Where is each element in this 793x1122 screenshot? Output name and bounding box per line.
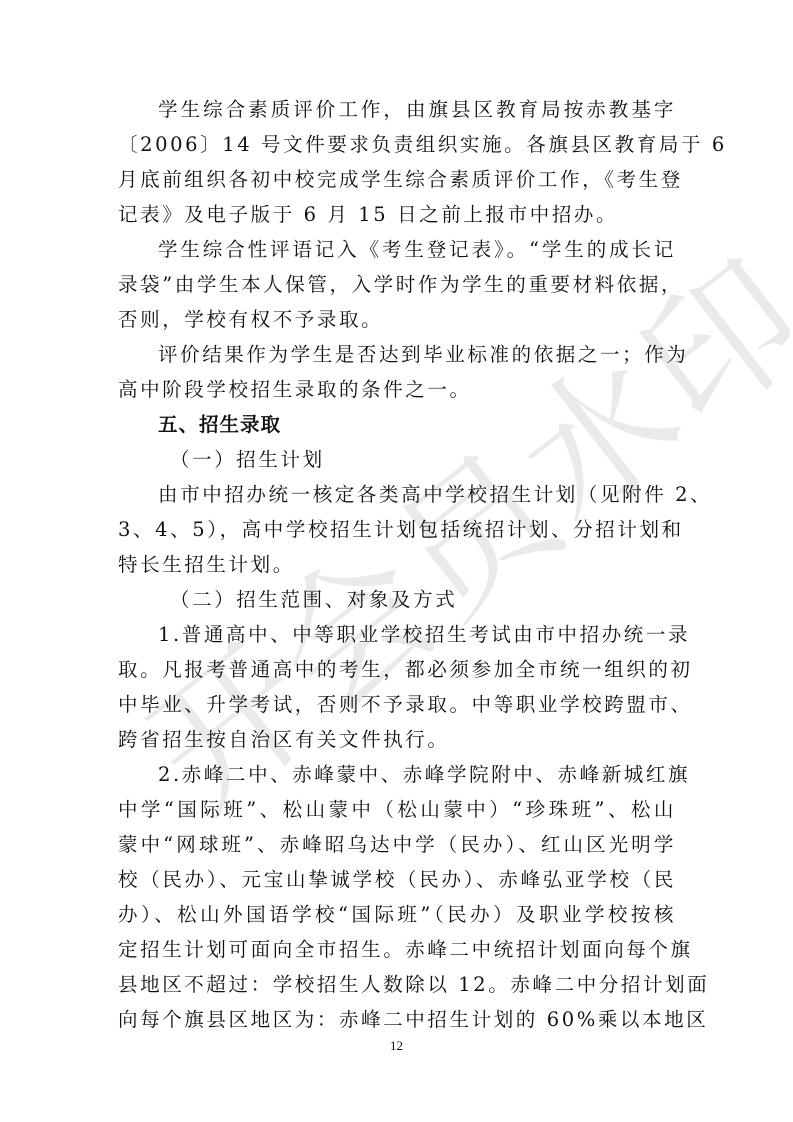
paragraph-line: 定招生计划可面向全市招生。赤峰二中统招计划面向每个旗 [118,932,676,967]
subsection-heading: （二）招生范围、对象及方式 [118,582,676,617]
page-body: 学生综合素质评价工作，由旗县区教育局按赤教基字 〔2006〕14 号文件要求负责… [118,92,676,1037]
paragraph-line: 2.赤峰二中、赤峰蒙中、赤峰学院附中、赤峰新城红旗 [118,757,676,792]
paragraph-line: 中毕业、升学考试，否则不予录取。中等职业学校跨盟市、 [118,687,676,722]
paragraph-line: 中学“国际班”、松山蒙中（松山蒙中）“珍珠班”、松山 [118,792,676,827]
paragraph-line: 学生综合性评语记入《考生登记表》。“学生的成长记 [118,232,676,267]
page-number: 12 [0,1038,793,1054]
paragraph-line: 县地区不超过：学校招生人数除以 12。赤峰二中分招计划面 [118,967,676,1002]
paragraph-line: 由市中招办统一核定各类高中学校招生计划（见附件 2、 [118,477,676,512]
paragraph-line: 评价结果作为学生是否达到毕业标准的依据之一；作为 [118,337,676,372]
paragraph-line: 办）、松山外国语学校“国际班”（民办）及职业学校按核 [118,897,676,932]
subsection-heading: （一）招生计划 [118,442,676,477]
paragraph-line: 记表》及电子版于 6 月 15 日之前上报市中招办。 [118,197,676,232]
paragraph-line: 1.普通高中、中等职业学校招生考试由市中招办统一录 [118,617,676,652]
document-page: 开会员水印 学生综合素质评价工作，由旗县区教育局按赤教基字 〔2006〕14 号… [0,0,793,1122]
section-heading: 五、招生录取 [118,407,676,442]
paragraph-line: 向每个旗县区地区为：赤峰二中招生计划的 60%乘以本地区 [118,1002,676,1037]
paragraph-line: 蒙中“网球班”、赤峰昭乌达中学（民办）、红山区光明学 [118,827,676,862]
paragraph-line: 校（民办）、元宝山挚诚学校（民办）、赤峰弘亚学校（民 [118,862,676,897]
paragraph-line: 月底前组织各初中校完成学生综合素质评价工作，《考生登 [118,162,676,197]
paragraph-line: 跨省招生按自治区有关文件执行。 [118,722,676,757]
paragraph-line: 高中阶段学校招生录取的条件之一。 [118,372,676,407]
paragraph-line: 学生综合素质评价工作，由旗县区教育局按赤教基字 [118,92,676,127]
paragraph-line: 〔2006〕14 号文件要求负责组织实施。各旗县区教育局于 6 [118,127,676,162]
paragraph-line: 录袋”由学生本人保管，入学时作为学生的重要材料依据， [118,267,676,302]
paragraph-line: 3、4、5），高中学校招生计划包括统招计划、分招计划和 [118,512,676,547]
paragraph-line: 否则，学校有权不予录取。 [118,302,676,337]
paragraph-line: 取。凡报考普通高中的考生，都必须参加全市统一组织的初 [118,652,676,687]
paragraph-line: 特长生招生计划。 [118,547,676,582]
